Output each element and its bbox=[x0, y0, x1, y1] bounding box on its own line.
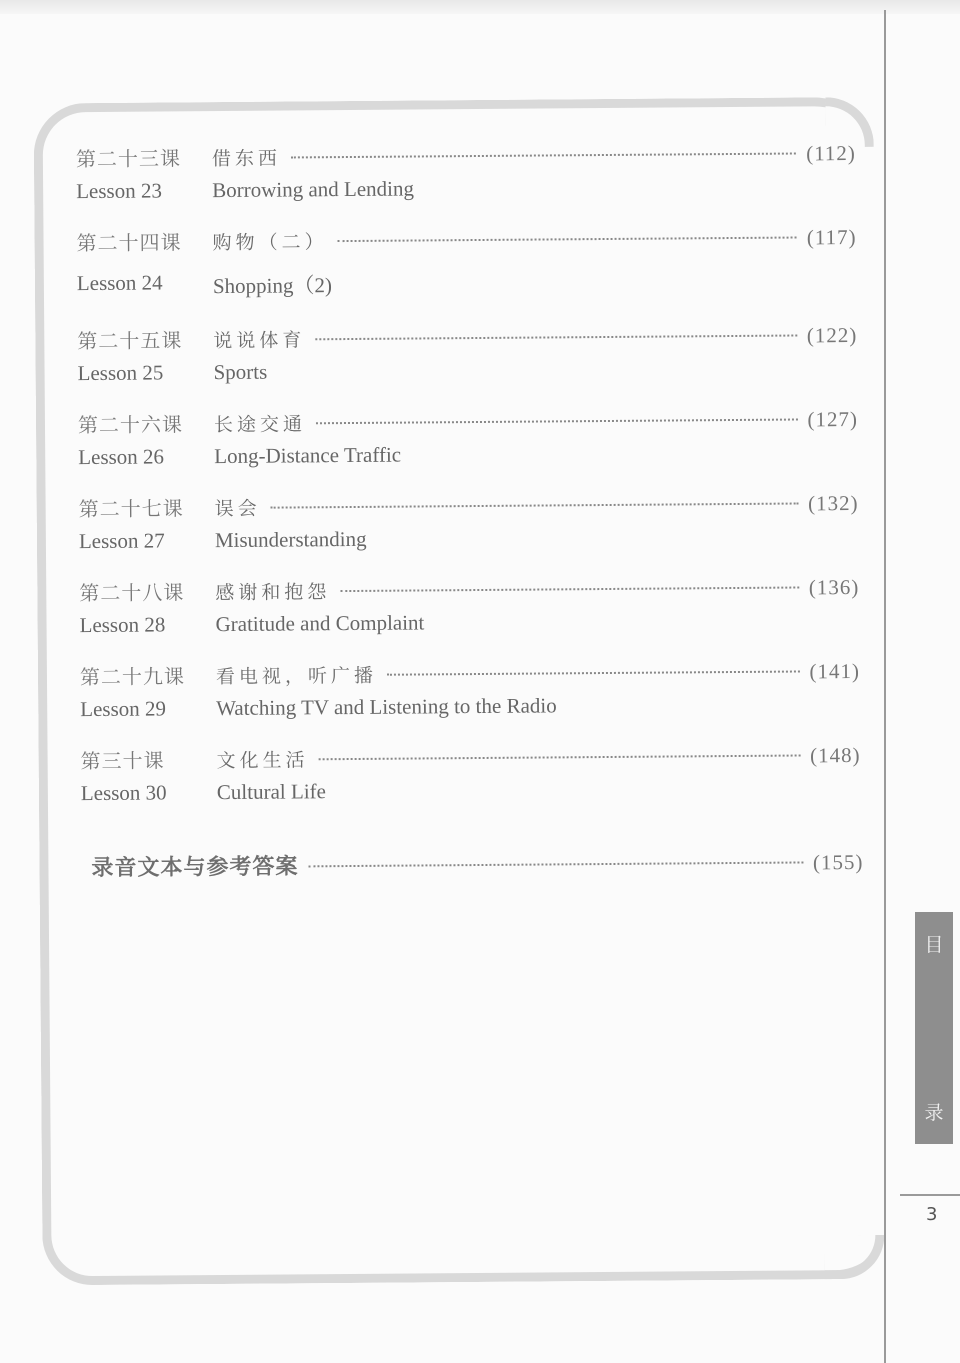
en-lesson-title: Gratitude and Complaint bbox=[215, 610, 424, 637]
leader-dots bbox=[271, 502, 798, 508]
leader-dots bbox=[316, 418, 797, 424]
cn-lesson-number: 第二十四课 bbox=[76, 226, 212, 256]
toc-page: 第二十三课 借东西 (112) Lesson 23 Borrowing and … bbox=[0, 0, 960, 1363]
page-reference: (112) bbox=[806, 141, 856, 166]
cn-lesson-title: 购物（二） bbox=[212, 227, 327, 255]
page-reference: (117) bbox=[807, 225, 857, 250]
en-lesson-number: Lesson 27 bbox=[79, 528, 215, 554]
toc-entry-lesson-23[interactable]: 第二十三课 借东西 (112) Lesson 23 Borrowing and … bbox=[76, 137, 857, 227]
toc-entry-lesson-30[interactable]: 第三十课 文化生活 (148) Lesson 30 Cultural Life bbox=[80, 739, 861, 829]
page-reference: (132) bbox=[808, 491, 859, 516]
leader-dots bbox=[338, 236, 797, 242]
cn-lesson-title: 误会 bbox=[215, 494, 261, 521]
cn-lesson-number: 第二十五课 bbox=[77, 324, 213, 354]
en-lesson-title: Watching TV and Listening to the Radio bbox=[216, 693, 557, 721]
en-lesson-number: Lesson 30 bbox=[81, 780, 217, 806]
frame-corner-bottom-right bbox=[824, 1235, 884, 1279]
leader-dots bbox=[315, 335, 796, 341]
leader-dots bbox=[308, 861, 802, 867]
cn-lesson-title: 文化生活 bbox=[217, 745, 309, 773]
en-lesson-title: Misunderstanding bbox=[215, 527, 367, 553]
leader-dots bbox=[319, 754, 800, 760]
en-lesson-number: Lesson 23 bbox=[76, 178, 212, 204]
en-lesson-title: Shopping（2) bbox=[213, 269, 332, 300]
page-reference: (122) bbox=[807, 323, 858, 348]
cn-lesson-number: 第三十课 bbox=[80, 744, 216, 774]
section-tab-contents: 目 录 bbox=[915, 912, 953, 1144]
appendix-title: 录音文本与参考答案 bbox=[91, 849, 298, 882]
page-reference: (155) bbox=[813, 850, 864, 875]
en-lesson-title: Long-Distance Traffic bbox=[214, 443, 401, 469]
cn-lesson-title: 长途交通 bbox=[214, 409, 306, 437]
cn-lesson-number: 第二十八课 bbox=[79, 576, 215, 606]
leader-dots bbox=[340, 586, 798, 592]
page-number: 3 bbox=[926, 1204, 937, 1225]
cn-lesson-title: 看电视，听广播 bbox=[216, 661, 377, 689]
toc-entry-appendix[interactable]: 录音文本与参考答案 (155) bbox=[91, 845, 863, 885]
toc-list: 第二十三课 借东西 (112) Lesson 23 Borrowing and … bbox=[76, 137, 861, 829]
toc-entry-lesson-26[interactable]: 第二十六课 长途交通 (127) Lesson 26 Long-Distance… bbox=[78, 403, 859, 493]
cn-lesson-number: 第二十七课 bbox=[79, 492, 215, 522]
cn-lesson-number: 第二十九课 bbox=[80, 660, 216, 690]
page-reference: (141) bbox=[809, 659, 860, 684]
leader-dots bbox=[387, 670, 799, 675]
footer-rule bbox=[900, 1194, 960, 1196]
tab-char-top: 目 bbox=[915, 930, 953, 957]
en-lesson-title: Sports bbox=[213, 360, 267, 385]
en-lesson-number: Lesson 26 bbox=[78, 444, 214, 470]
page-reference: (127) bbox=[807, 407, 858, 432]
cn-lesson-title: 借东西 bbox=[212, 144, 281, 172]
tab-char-bottom: 录 bbox=[915, 1098, 953, 1125]
cn-lesson-title: 感谢和抱怨 bbox=[215, 577, 330, 605]
toc-entry-lesson-25[interactable]: 第二十五课 说说体育 (122) Lesson 25 Sports bbox=[77, 319, 858, 409]
en-lesson-title: Borrowing and Lending bbox=[212, 177, 414, 204]
cn-lesson-title: 说说体育 bbox=[213, 325, 305, 353]
page-reference: (148) bbox=[810, 743, 861, 768]
margin-divider bbox=[884, 10, 886, 1363]
leader-dots bbox=[291, 153, 796, 159]
en-lesson-number: Lesson 28 bbox=[79, 612, 215, 638]
en-lesson-number: Lesson 24 bbox=[77, 270, 213, 301]
en-lesson-number: Lesson 25 bbox=[77, 360, 213, 386]
cn-lesson-number: 第二十三课 bbox=[76, 142, 212, 172]
cn-lesson-number: 第二十六课 bbox=[78, 408, 214, 438]
en-lesson-title: Cultural Life bbox=[217, 779, 326, 805]
toc-entry-lesson-24[interactable]: 第二十四课 购物（二） (117) Lesson 24 Shopping（2) bbox=[76, 221, 857, 325]
en-lesson-number: Lesson 29 bbox=[80, 696, 216, 722]
page-reference: (136) bbox=[809, 575, 860, 600]
toc-entry-lesson-28[interactable]: 第二十八课 感谢和抱怨 (136) Lesson 28 Gratitude an… bbox=[79, 571, 860, 661]
toc-entry-lesson-29[interactable]: 第二十九课 看电视，听广播 (141) Lesson 29 Watching T… bbox=[80, 655, 861, 745]
toc-entry-lesson-27[interactable]: 第二十七课 误会 (132) Lesson 27 Misunderstandin… bbox=[79, 487, 860, 577]
